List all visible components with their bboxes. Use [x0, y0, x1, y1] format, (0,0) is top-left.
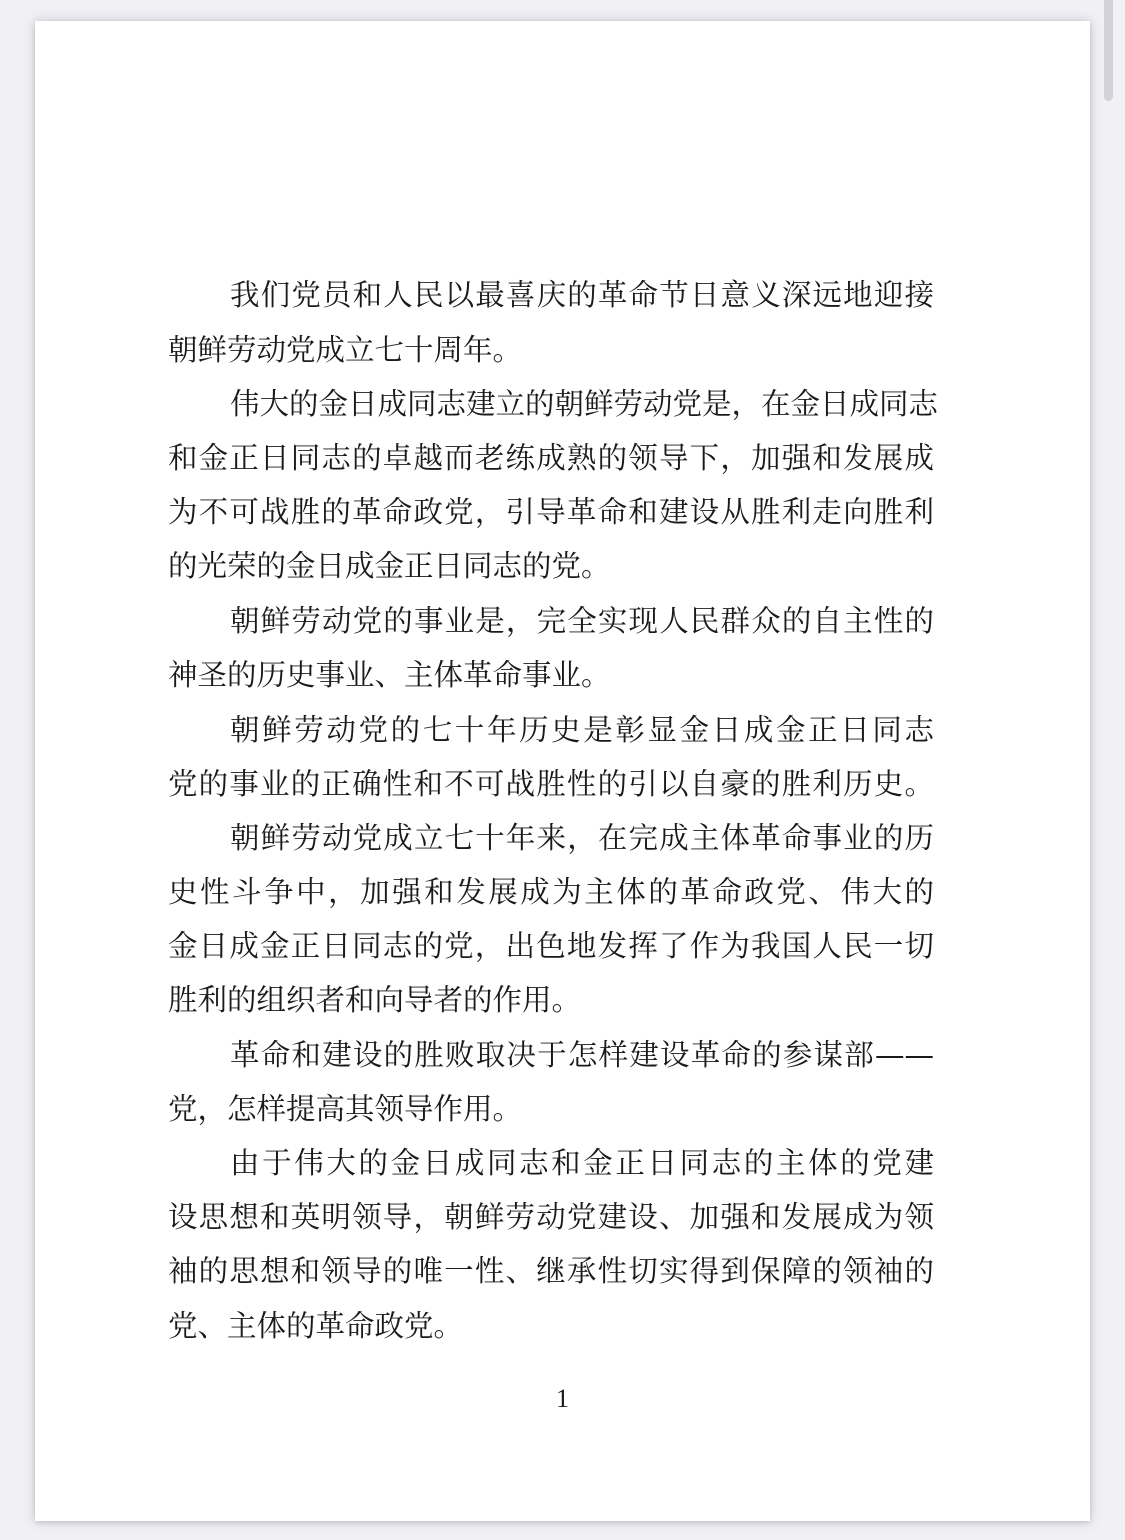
- text-line: 朝鲜劳动党的七十年历史是彰显金日成金正日同志: [230, 710, 934, 750]
- text-line: 设思想和英明领导，朝鲜劳动党建设、加强和发展成为领: [168, 1197, 934, 1237]
- text-line: 胜利的组织者和向导者的作用。: [168, 980, 934, 1020]
- text-line: 为不可战胜的革命政党，引导革命和建设从胜利走向胜利: [168, 492, 934, 532]
- text-line: 党的事业的正确性和不可战胜性的引以自豪的胜利历史。: [168, 764, 934, 804]
- scrollbar-thumb[interactable]: [1104, 0, 1113, 101]
- text-line: 党，怎样提高其领导作用。: [168, 1089, 934, 1129]
- text-line: 由于伟大的金日成同志和金正日同志的主体的党建: [230, 1143, 934, 1183]
- text-line: 革命和建设的胜败取决于怎样建设革命的参谋部——: [230, 1035, 934, 1075]
- page-number: 1: [35, 1384, 1090, 1414]
- text-line: 的光荣的金日成金正日同志的党。: [168, 546, 934, 586]
- vertical-scrollbar[interactable]: [1103, 0, 1125, 1540]
- text-line: 和金正日同志的卓越而老练成熟的领导下，加强和发展成: [168, 438, 934, 478]
- text-line: 史性斗争中，加强和发展成为主体的革命政党、伟大的: [168, 872, 934, 912]
- text-line: 朝鲜劳动党的事业是，完全实现人民群众的自主性的: [230, 601, 934, 641]
- text-line: 伟大的金日成同志建立的朝鲜劳动党是，在金日成同志: [230, 384, 934, 424]
- text-line: 神圣的历史事业、主体革命事业。: [168, 655, 934, 695]
- text-line: 我们党员和人民以最喜庆的革命节日意义深远地迎接: [230, 275, 934, 315]
- text-line: 朝鲜劳动党成立七十年来，在完成主体革命事业的历: [230, 818, 934, 858]
- text-line: 袖的思想和领导的唯一性、继承性切实得到保障的领袖的: [168, 1251, 934, 1291]
- document-page: 我们党员和人民以最喜庆的革命节日意义深远地迎接 朝鲜劳动党成立七十周年。 伟大的…: [35, 21, 1090, 1521]
- text-line: 党、主体的革命政党。: [168, 1306, 934, 1346]
- text-line: 朝鲜劳动党成立七十周年。: [168, 330, 934, 370]
- text-line: 金日成金正日同志的党，出色地发挥了作为我国人民一切: [168, 926, 934, 966]
